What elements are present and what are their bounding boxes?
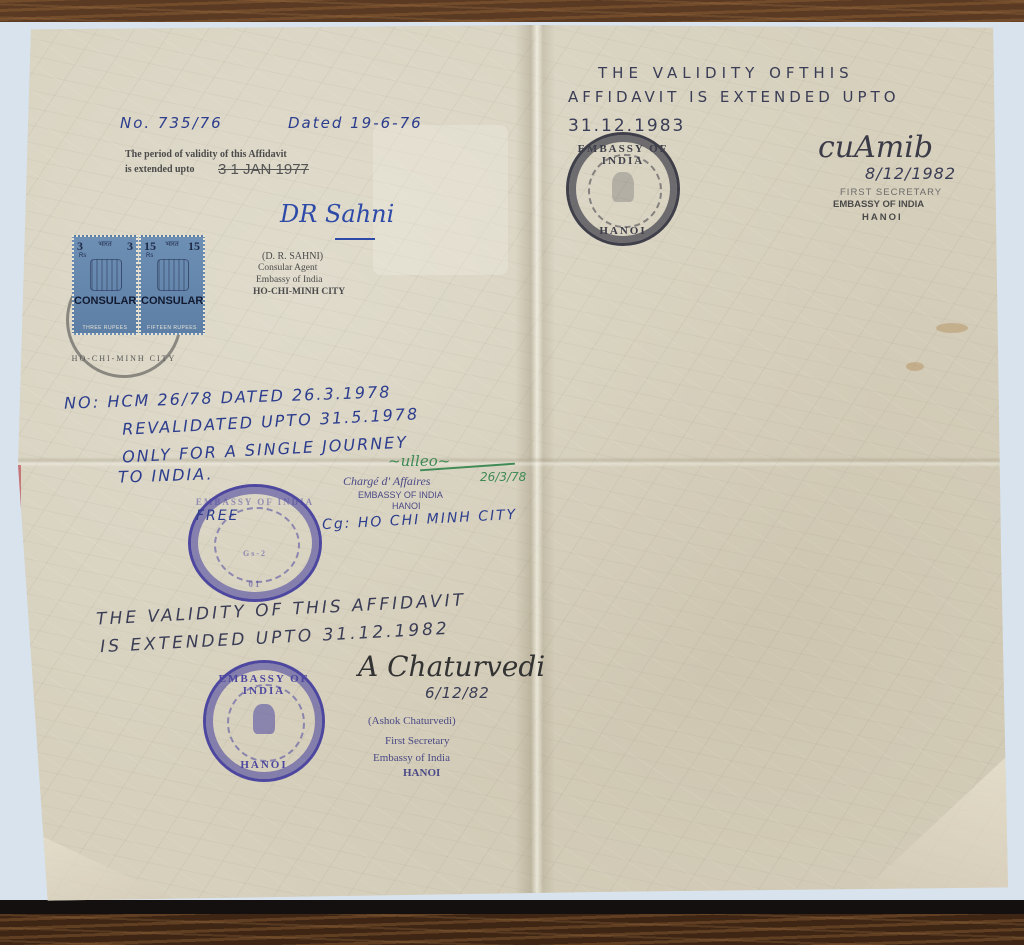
ashoka-emblem-icon xyxy=(612,172,634,202)
board-edge-shadow xyxy=(0,900,1024,914)
consular-office: Embassy of India xyxy=(256,275,323,285)
revenue-stamp-3-rupees: 3 3 Rs भारत CONSULAR THREE RUPEES xyxy=(72,235,138,335)
green-date: 26/3/78 xyxy=(480,470,526,484)
sahni-signature: DR Sahni xyxy=(280,200,394,228)
lion-capital-icon xyxy=(90,259,122,291)
embassy-seal-1982: EMBASSY OF INDIA HANOI xyxy=(203,660,325,782)
validity-sentence-line1: The period of validity of this Affidavit xyxy=(125,149,287,160)
embassy-seal-1978: EMBASSY OF INDIA Gs-2 01 xyxy=(188,484,322,602)
chaturvedi-city: HANOI xyxy=(403,767,440,779)
first-secretary-title: FIRST SECRETARY xyxy=(840,187,942,198)
chaturvedi-name: (Ashok Chaturvedi) xyxy=(368,715,456,727)
reference-date: Dated 19-6-76 xyxy=(288,114,423,132)
ashoka-emblem-icon xyxy=(253,704,275,734)
chaturvedi-office: Embassy of India xyxy=(373,752,450,764)
endorsement-1983-line1: THE VALIDITY OFTHIS xyxy=(598,64,854,82)
first-secretary-office: EMBASSY OF INDIA xyxy=(833,199,924,210)
endorsement-1978-line4: TO INDIA. xyxy=(118,464,214,486)
reference-number: No. 735/76 xyxy=(120,114,223,132)
signature-underline xyxy=(335,238,375,240)
chaturvedi-title: First Secretary xyxy=(385,735,449,747)
stain xyxy=(936,323,968,333)
stain xyxy=(906,362,924,371)
validity-date-struck: 3 1 JAN 1977 xyxy=(218,161,309,178)
consular-title: Consular Agent xyxy=(258,263,317,273)
validity-sentence-line2: is extended upto xyxy=(125,164,194,175)
revenue-stamp-15-rupees: 15 15 Rs भारत CONSULAR FIFTEEN RUPEES xyxy=(139,235,205,335)
first-secretary-signature: cuAmib xyxy=(818,130,933,165)
chaturvedi-signed-date: 6/12/82 xyxy=(425,684,490,702)
chaturvedi-signature: A Chaturvedi xyxy=(358,650,545,683)
consular-name: (D. R. SAHNI) xyxy=(262,251,323,262)
consular-city: HO-CHI-MINH CITY xyxy=(253,287,345,297)
charge-affaires-city: HANOI xyxy=(392,501,421,511)
charge-affaires-office: EMBASSY OF INDIA xyxy=(358,490,443,500)
free-note: FREE xyxy=(196,508,239,524)
charge-affaires-title: Chargé d' Affaires xyxy=(343,474,430,489)
embassy-seal-1983: EMBASSY OF INDIA HANOI xyxy=(566,132,680,246)
lion-capital-icon xyxy=(157,259,189,291)
first-secretary-city: HANOI xyxy=(862,212,903,223)
endorsement-1983-line2: AFFIDAVIT IS EXTENDED UPTO xyxy=(568,88,900,106)
first-secretary-signed-date: 8/12/1982 xyxy=(865,164,956,183)
